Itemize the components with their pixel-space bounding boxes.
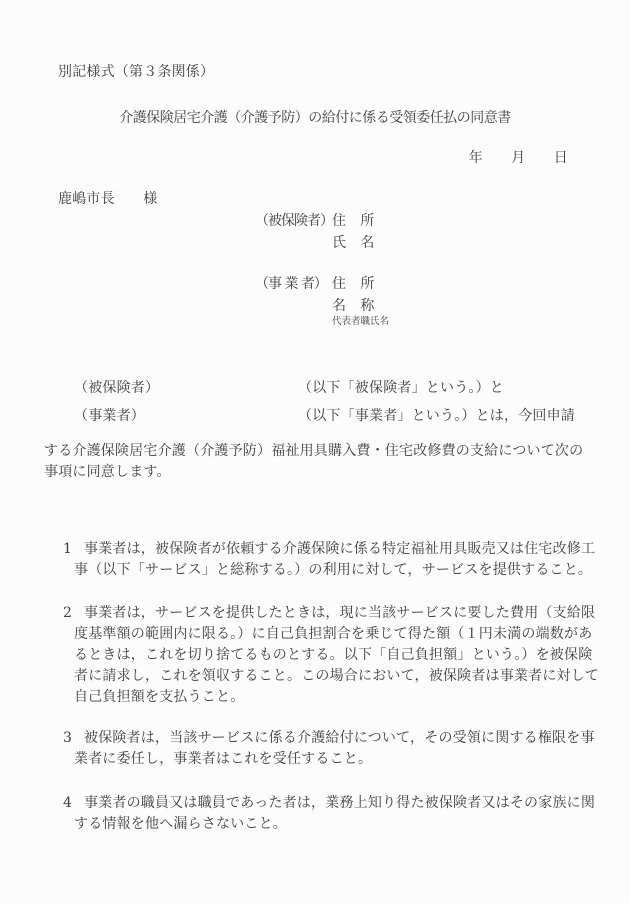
provider-address-label: 住 所 <box>332 274 375 295</box>
consent-item-4-number: 4 <box>63 793 72 814</box>
insured-name-label: 氏 名 <box>332 233 375 254</box>
consent-item-1-text: 事業者は，被保険者が依頼する介護保険に係る特定福祉用具販売又は住宅改修工 事（以… <box>74 539 619 581</box>
addressee: 鹿嶋市長 様 <box>58 189 157 210</box>
consent-item-1: 1 事業者は，被保険者が依頼する介護保険に係る特定福祉用具販売又は住宅改修工 事… <box>74 539 619 581</box>
consent-item-2-text: 事業者は，サービスを提供したときは，現に当該サービスに要した費用（支給限 度基準… <box>74 603 619 708</box>
consent-item-3: 3 被保険者は，当該サービスに係る介護給付について，その受領に関する権限を事 業… <box>74 728 619 770</box>
consent-item-4: 4 事業者の職員又は職員であった者は，業務上知り得た被保険者又はその家族に関 す… <box>74 793 619 835</box>
document-page: 別記様式（第３条関係） 介護保険居宅介護（介護予防）の給付に係る受領委任払の同意… <box>0 0 630 903</box>
provider-name-label: 名 称 <box>332 296 375 317</box>
insured-party-label: （被保険者） <box>255 211 333 232</box>
document-title: 介護保険居宅介護（介護予防）の給付に係る受領委任払の同意書 <box>0 108 630 129</box>
consent-item-1-number: 1 <box>63 539 72 560</box>
consent-item-3-text: 被保険者は，当該サービスに係る介護給付について，その受領に関する権限を事 業者に… <box>74 728 619 770</box>
consent-item-3-number: 3 <box>63 728 72 749</box>
preamble-body: する介護保険居宅介護（介護予防）福祉用具購入費・住宅改修費の支給について次の 事… <box>44 441 583 483</box>
provider-party-label: （事 業 者） <box>255 274 327 295</box>
provider-representative-label: 代表者職氏名 <box>332 315 389 329</box>
preamble-insured-blank-label: （被保険者） <box>74 378 159 399</box>
form-reference-label: 別記様式（第３条関係） <box>58 62 214 83</box>
date-line: 年 月 日 <box>469 148 568 169</box>
insured-address-label: 住 所 <box>332 211 375 232</box>
consent-item-2-number: 2 <box>63 603 72 624</box>
consent-item-4-text: 事業者の職員又は職員であった者は，業務上知り得た被保険者又はその家族に関 する情… <box>74 793 619 835</box>
preamble-provider-clause: （以下「事業者」という。）とは，今回申請 <box>298 406 575 427</box>
preamble-insured-clause: （以下「被保険者」という。）と <box>298 378 504 399</box>
consent-item-2: 2 事業者は，サービスを提供したときは，現に当該サービスに要した費用（支給限 度… <box>74 603 619 708</box>
preamble-provider-blank-label: （事業者） <box>74 406 145 427</box>
